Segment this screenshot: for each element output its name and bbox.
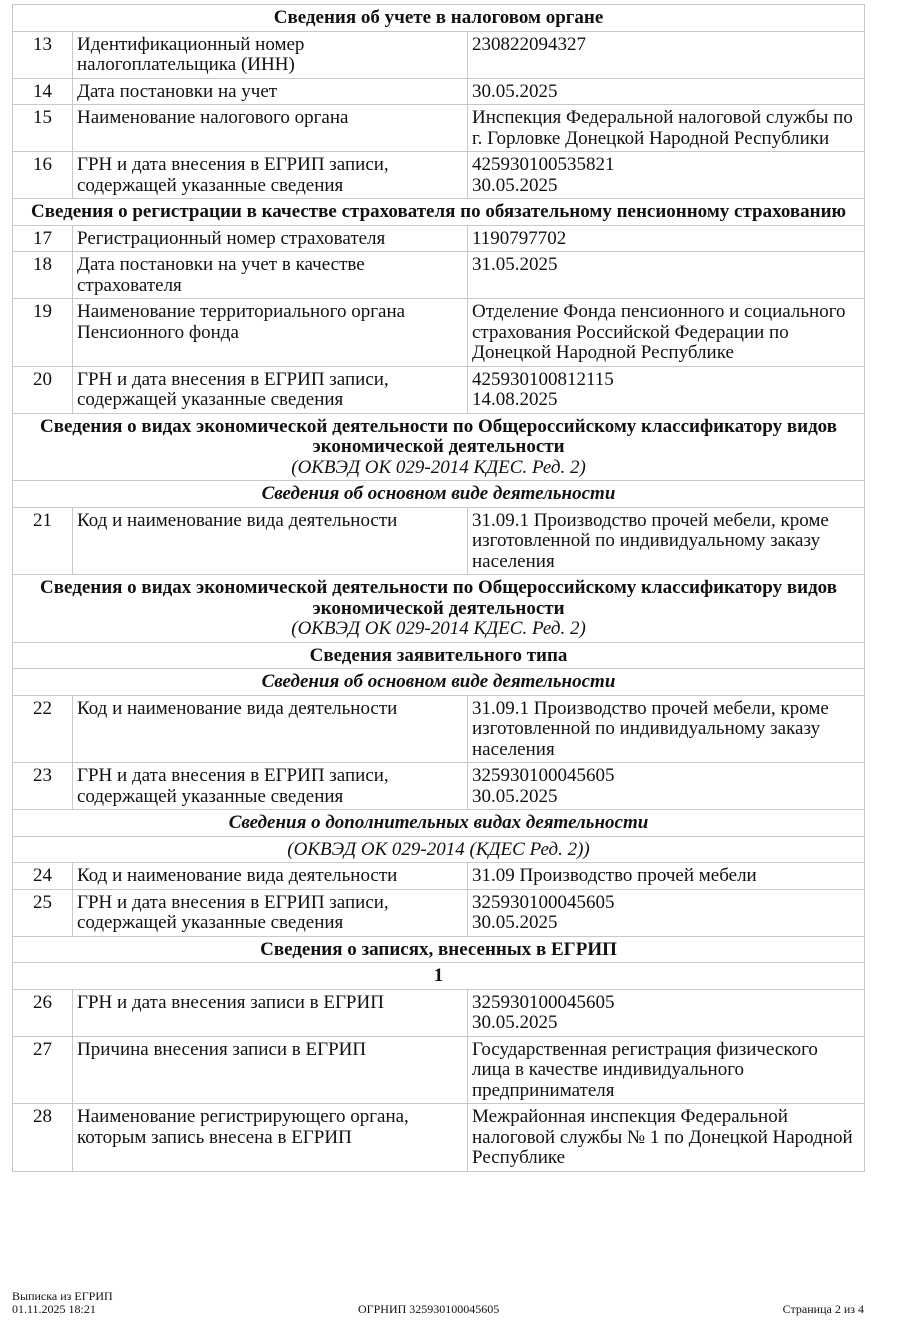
row-label: Причина внесения записи в ЕГРИП <box>73 1036 468 1104</box>
section-subtitle: (ОКВЭД ОК 029-2014 КДЕС. Ред. 2) <box>17 619 860 640</box>
row-number: 13 <box>13 31 73 78</box>
subsection-header-row: Сведения об основном виде деятельности <box>13 669 865 696</box>
row-number: 14 <box>13 78 73 105</box>
row-value: 42593010053582130.05.2025 <box>468 152 865 199</box>
egrip-extract-table: Сведения об учете в налоговом органе13Ид… <box>12 4 865 1172</box>
subsection-header: Сведения об основном виде деятельности <box>13 481 865 508</box>
row-value: 42593010081211514.08.2025 <box>468 366 865 413</box>
row-value: 31.05.2025 <box>468 252 865 299</box>
value-line: 325930100045605 <box>472 993 860 1014</box>
section-header-row: Сведения о видах экономической деятельно… <box>13 413 865 481</box>
footer-ogrnip: ОГРНИП 325930100045605 <box>358 1303 499 1316</box>
value-line: 31.09.1 Производство прочей мебели, кром… <box>472 511 860 573</box>
section-header: Сведения о регистрации в качестве страхо… <box>13 199 865 226</box>
table-row: 22Код и наименование вида деятельности31… <box>13 695 865 763</box>
section-header: Сведения об учете в налоговом органе <box>13 5 865 32</box>
table-row: 28Наименование регистрирующего органа, к… <box>13 1104 865 1172</box>
row-label: ГРН и дата внесения в ЕГРИП записи, соде… <box>73 152 468 199</box>
section-title: 1 <box>434 965 444 986</box>
row-number: 22 <box>13 695 73 763</box>
row-number: 19 <box>13 299 73 367</box>
row-label: ГРН и дата внесения записи в ЕГРИП <box>73 989 468 1036</box>
section-header: Сведения о видах экономической деятельно… <box>13 413 865 481</box>
row-number: 26 <box>13 989 73 1036</box>
row-value: Межрайонная инспекция Федеральной налого… <box>468 1104 865 1172</box>
table-row: 26ГРН и дата внесения записи в ЕГРИП3259… <box>13 989 865 1036</box>
section-header: Сведения заявительного типа <box>13 642 865 669</box>
value-line: 30.05.2025 <box>472 787 860 808</box>
value-line: 425930100812115 <box>472 370 860 391</box>
value-line: 1190797702 <box>472 229 860 250</box>
row-label: Наименование налогового органа <box>73 105 468 152</box>
table-row: 27Причина внесения записи в ЕГРИПГосудар… <box>13 1036 865 1104</box>
table-row: 25ГРН и дата внесения в ЕГРИП записи, со… <box>13 889 865 936</box>
row-value: 1190797702 <box>468 225 865 252</box>
section-header: Сведения о видах экономической деятельно… <box>13 575 865 643</box>
row-number: 28 <box>13 1104 73 1172</box>
classifier-note: (ОКВЭД ОК 029-2014 (КДЕС Ред. 2)) <box>13 836 865 863</box>
row-label: ГРН и дата внесения в ЕГРИП записи, соде… <box>73 889 468 936</box>
section-header-row: Сведения заявительного типа <box>13 642 865 669</box>
value-line: Межрайонная инспекция Федеральной налого… <box>472 1107 860 1169</box>
row-label: Регистрационный номер страхователя <box>73 225 468 252</box>
row-value: 230822094327 <box>468 31 865 78</box>
row-value: 31.09 Производство прочей мебели <box>468 863 865 890</box>
row-label: Дата постановки на учет в качестве страх… <box>73 252 468 299</box>
value-line: 31.09 Производство прочей мебели <box>472 866 860 887</box>
section-header: Сведения о записях, внесенных в ЕГРИП <box>13 936 865 963</box>
table-row: 14Дата постановки на учет30.05.2025 <box>13 78 865 105</box>
table-row: 13Идентификационный номер налогоплательщ… <box>13 31 865 78</box>
value-line: 31.09.1 Производство прочей мебели, кром… <box>472 699 860 761</box>
table-row: 17Регистрационный номер страхователя1190… <box>13 225 865 252</box>
section-title: Сведения о видах экономической деятельно… <box>40 577 837 619</box>
value-line: 30.05.2025 <box>472 1013 860 1034</box>
subsection-header: Сведения о дополнительных видах деятельн… <box>13 810 865 837</box>
row-label: Код и наименование вида деятельности <box>73 863 468 890</box>
section-title: Сведения о регистрации в качестве страхо… <box>31 201 846 222</box>
section-subtitle: (ОКВЭД ОК 029-2014 КДЕС. Ред. 2) <box>17 458 860 479</box>
section-header-row: Сведения о видах экономической деятельно… <box>13 575 865 643</box>
row-number: 21 <box>13 507 73 575</box>
section-title: Сведения об учете в налоговом органе <box>274 7 604 28</box>
subsection-header: Сведения об основном виде деятельности <box>13 669 865 696</box>
row-value: 32593010004560530.05.2025 <box>468 763 865 810</box>
row-label: ГРН и дата внесения в ЕГРИП записи, соде… <box>73 366 468 413</box>
section-header-row: Сведения о записях, внесенных в ЕГРИП <box>13 936 865 963</box>
row-number: 25 <box>13 889 73 936</box>
table-row: 16ГРН и дата внесения в ЕГРИП записи, со… <box>13 152 865 199</box>
section-header-row: Сведения об учете в налоговом органе <box>13 5 865 32</box>
value-line: Государственная регистрация физического … <box>472 1040 860 1102</box>
row-label: Наименование территориального органа Пен… <box>73 299 468 367</box>
table-row: 21Код и наименование вида деятельности31… <box>13 507 865 575</box>
row-label: Наименование регистрирующего органа, кот… <box>73 1104 468 1172</box>
section-title: Сведения о записях, внесенных в ЕГРИП <box>260 939 617 960</box>
classifier-note-row: (ОКВЭД ОК 029-2014 (КДЕС Ред. 2)) <box>13 836 865 863</box>
value-line: Инспекция Федеральной налоговой службы п… <box>472 108 860 149</box>
section-header-row: 1 <box>13 963 865 990</box>
row-number: 27 <box>13 1036 73 1104</box>
row-label: Код и наименование вида деятельности <box>73 507 468 575</box>
row-label: Идентификационный номер налогоплательщик… <box>73 31 468 78</box>
row-label: Дата постановки на учет <box>73 78 468 105</box>
row-number: 16 <box>13 152 73 199</box>
row-number: 18 <box>13 252 73 299</box>
section-header: 1 <box>13 963 865 990</box>
egrip-table-body: Сведения об учете в налоговом органе13Ид… <box>13 5 865 1172</box>
table-row: 24Код и наименование вида деятельности31… <box>13 863 865 890</box>
section-title: Сведения о видах экономической деятельно… <box>40 416 837 458</box>
row-number: 20 <box>13 366 73 413</box>
value-line: 325930100045605 <box>472 766 860 787</box>
row-label: Код и наименование вида деятельности <box>73 695 468 763</box>
row-value: 31.09.1 Производство прочей мебели, кром… <box>468 507 865 575</box>
footer-page-number: Страница 2 из 4 <box>783 1303 864 1316</box>
value-line: 325930100045605 <box>472 893 860 914</box>
row-label: ГРН и дата внесения в ЕГРИП записи, соде… <box>73 763 468 810</box>
row-number: 24 <box>13 863 73 890</box>
subsection-header-row: Сведения о дополнительных видах деятельн… <box>13 810 865 837</box>
row-number: 17 <box>13 225 73 252</box>
row-value: 30.05.2025 <box>468 78 865 105</box>
row-value: Государственная регистрация физического … <box>468 1036 865 1104</box>
value-line: 31.05.2025 <box>472 255 860 276</box>
table-row: 19Наименование территориального органа П… <box>13 299 865 367</box>
table-row: 20ГРН и дата внесения в ЕГРИП записи, со… <box>13 366 865 413</box>
row-value: 31.09.1 Производство прочей мебели, кром… <box>468 695 865 763</box>
value-line: 30.05.2025 <box>472 913 860 934</box>
table-row: 18Дата постановки на учет в качестве стр… <box>13 252 865 299</box>
value-line: 14.08.2025 <box>472 390 860 411</box>
value-line: 230822094327 <box>472 35 860 56</box>
subsection-header-row: Сведения об основном виде деятельности <box>13 481 865 508</box>
row-value: Отделение Фонда пенсионного и социальног… <box>468 299 865 367</box>
row-number: 23 <box>13 763 73 810</box>
row-number: 15 <box>13 105 73 152</box>
value-line: Отделение Фонда пенсионного и социальног… <box>472 302 860 364</box>
section-header-row: Сведения о регистрации в качестве страхо… <box>13 199 865 226</box>
table-row: 15Наименование налогового органаИнспекци… <box>13 105 865 152</box>
section-title: Сведения заявительного типа <box>310 645 568 666</box>
footer-left: Выписка из ЕГРИП 01.11.2025 18:21 <box>12 1290 113 1316</box>
value-line: 425930100535821 <box>472 155 860 176</box>
row-value: 32593010004560530.05.2025 <box>468 989 865 1036</box>
table-row: 23ГРН и дата внесения в ЕГРИП записи, со… <box>13 763 865 810</box>
row-value: Инспекция Федеральной налоговой службы п… <box>468 105 865 152</box>
value-line: 30.05.2025 <box>472 176 860 197</box>
row-value: 32593010004560530.05.2025 <box>468 889 865 936</box>
value-line: 30.05.2025 <box>472 82 860 103</box>
footer-datetime: 01.11.2025 18:21 <box>12 1303 113 1316</box>
